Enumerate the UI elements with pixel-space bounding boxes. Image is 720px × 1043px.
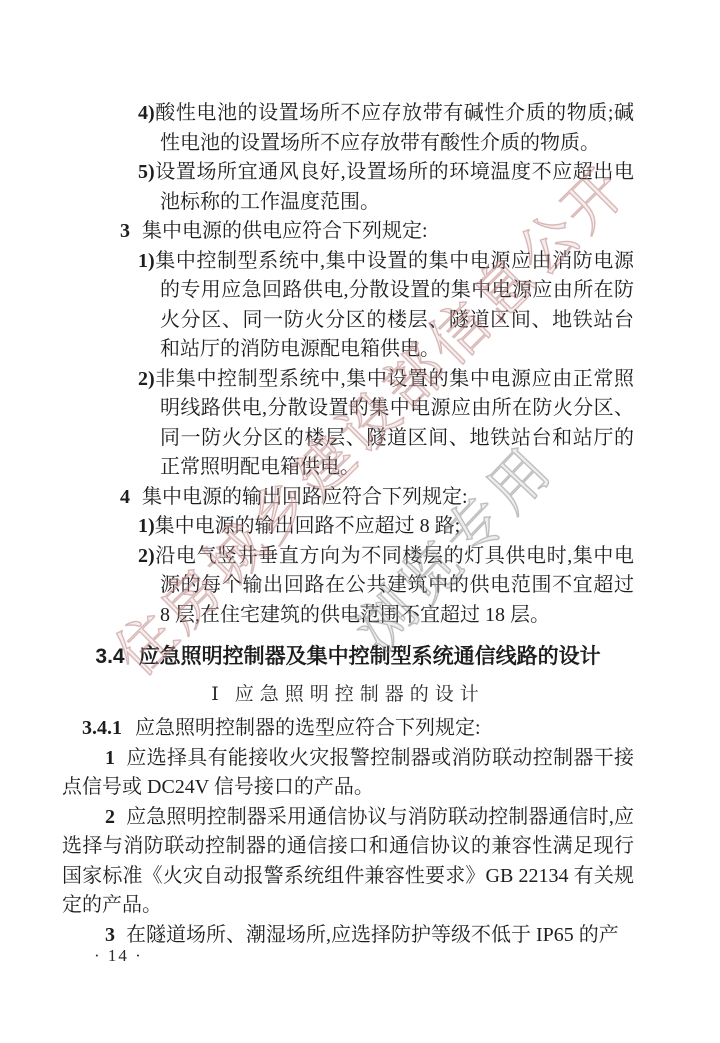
list-item-label: 2) xyxy=(138,368,155,390)
list-item-text: 集中控制型系统中,集中设置的集中电源应由消防电源的专用应急回路供电,分散设置的集… xyxy=(155,250,634,361)
numbered-item-text: 集中电源的输出回路应符合下列规定: xyxy=(142,486,468,508)
section-heading-3-4: 3.4应急照明控制器及集中控制型系统通信线路的设计 xyxy=(62,642,634,672)
paragraph-number: 3 xyxy=(105,924,115,946)
paragraph-1: 1应选择具有能接收火灾报警控制器或消防联动控制器干接点信号或 DC24V 信号接… xyxy=(62,744,634,803)
list-item-label: 4) xyxy=(138,102,155,124)
clause-number: 3.4.1 xyxy=(82,717,122,739)
paragraph-number: 1 xyxy=(105,747,115,769)
numbered-item-text: 集中电源的供电应符合下列规定: xyxy=(142,220,428,242)
numbered-item-3: 3集中电源的供电应符合下列规定: xyxy=(120,217,634,247)
roman-numeral: Ⅰ xyxy=(211,684,219,705)
list-item-4: 4)酸性电池的设置场所不应存放带有碱性介质的物质;碱性电池的设置场所不应存放带有… xyxy=(62,99,634,158)
list-item-text: 非集中控制型系统中,集中设置的集中电源应由正常照明线路供电,分散设置的集中电源应… xyxy=(155,368,634,479)
list-item-label: 2) xyxy=(138,545,155,567)
paragraph-number: 2 xyxy=(105,806,115,828)
page-number: · 14 · xyxy=(94,946,143,966)
list-item-1: 1)集中控制型系统中,集中设置的集中电源应由消防电源的专用应急回路供电,分散设置… xyxy=(62,247,634,365)
document-page: { "document": { "page_number": "14", "pa… xyxy=(0,0,720,1043)
list-item-2b: 2)沿电气竖井垂直方向为不同楼层的灯具供电时,集中电源的每个输出回路在公共建筑中… xyxy=(62,542,634,631)
paragraph-2: 2应急照明控制器采用通信协议与消防联动控制器通信时,应选择与消防联动控制器的通信… xyxy=(62,803,634,921)
section-title: 应急照明控制器及集中控制型系统通信线路的设计 xyxy=(139,645,601,668)
paragraph-text: 应急照明控制器采用通信协议与消防联动控制器通信时,应选择与消防联动控制器的通信接… xyxy=(62,806,634,917)
list-item-text: 集中电源的输出回路不应超过 8 路; xyxy=(155,515,461,537)
paragraph-text: 在隧道场所、潮湿场所,应选择防护等级不低于 IP65 的产 xyxy=(126,924,619,946)
list-item-label: 1) xyxy=(138,515,155,537)
paragraph-3: 3在隧道场所、潮湿场所,应选择防护等级不低于 IP65 的产 xyxy=(62,921,634,951)
body-text-column: 4)酸性电池的设置场所不应存放带有碱性介质的物质;碱性电池的设置场所不应存放带有… xyxy=(62,99,634,950)
numbered-item-4: 4集中电源的输出回路应符合下列规定: xyxy=(120,483,634,513)
list-item-text: 酸性电池的设置场所不应存放带有碱性介质的物质;碱性电池的设置场所不应存放带有酸性… xyxy=(155,102,634,154)
section-number: 3.4 xyxy=(95,645,124,668)
list-item-label: 5) xyxy=(138,161,155,183)
numbered-item-label: 4 xyxy=(120,486,130,508)
clause-3-4-1: 3.4.1应急照明控制器的选型应符合下列规定: xyxy=(82,714,634,744)
list-item-label: 1) xyxy=(138,250,155,272)
paragraph-text: 应选择具有能接收火灾报警控制器或消防联动控制器干接点信号或 DC24V 信号接口… xyxy=(62,747,634,799)
numbered-item-label: 3 xyxy=(120,220,130,242)
list-item-1b: 1)集中电源的输出回路不应超过 8 路; xyxy=(62,512,634,542)
list-item-text: 沿电气竖井垂直方向为不同楼层的灯具供电时,集中电源的每个输出回路在公共建筑中的供… xyxy=(155,545,634,626)
list-item-text: 设置场所宜通风良好,设置场所的环境温度不应超出电池标称的工作温度范围。 xyxy=(155,161,634,213)
list-item-2: 2)非集中控制型系统中,集中设置的集中电源应由正常照明线路供电,分散设置的集中电… xyxy=(62,365,634,483)
list-item-5: 5)设置场所宜通风良好,设置场所的环境温度不应超出电池标称的工作温度范围。 xyxy=(62,158,634,217)
subheading-title: 应急照明控制器的设计 xyxy=(235,684,485,705)
roman-subheading: Ⅰ应急照明控制器的设计 xyxy=(62,680,634,710)
clause-text: 应急照明控制器的选型应符合下列规定: xyxy=(135,717,481,739)
